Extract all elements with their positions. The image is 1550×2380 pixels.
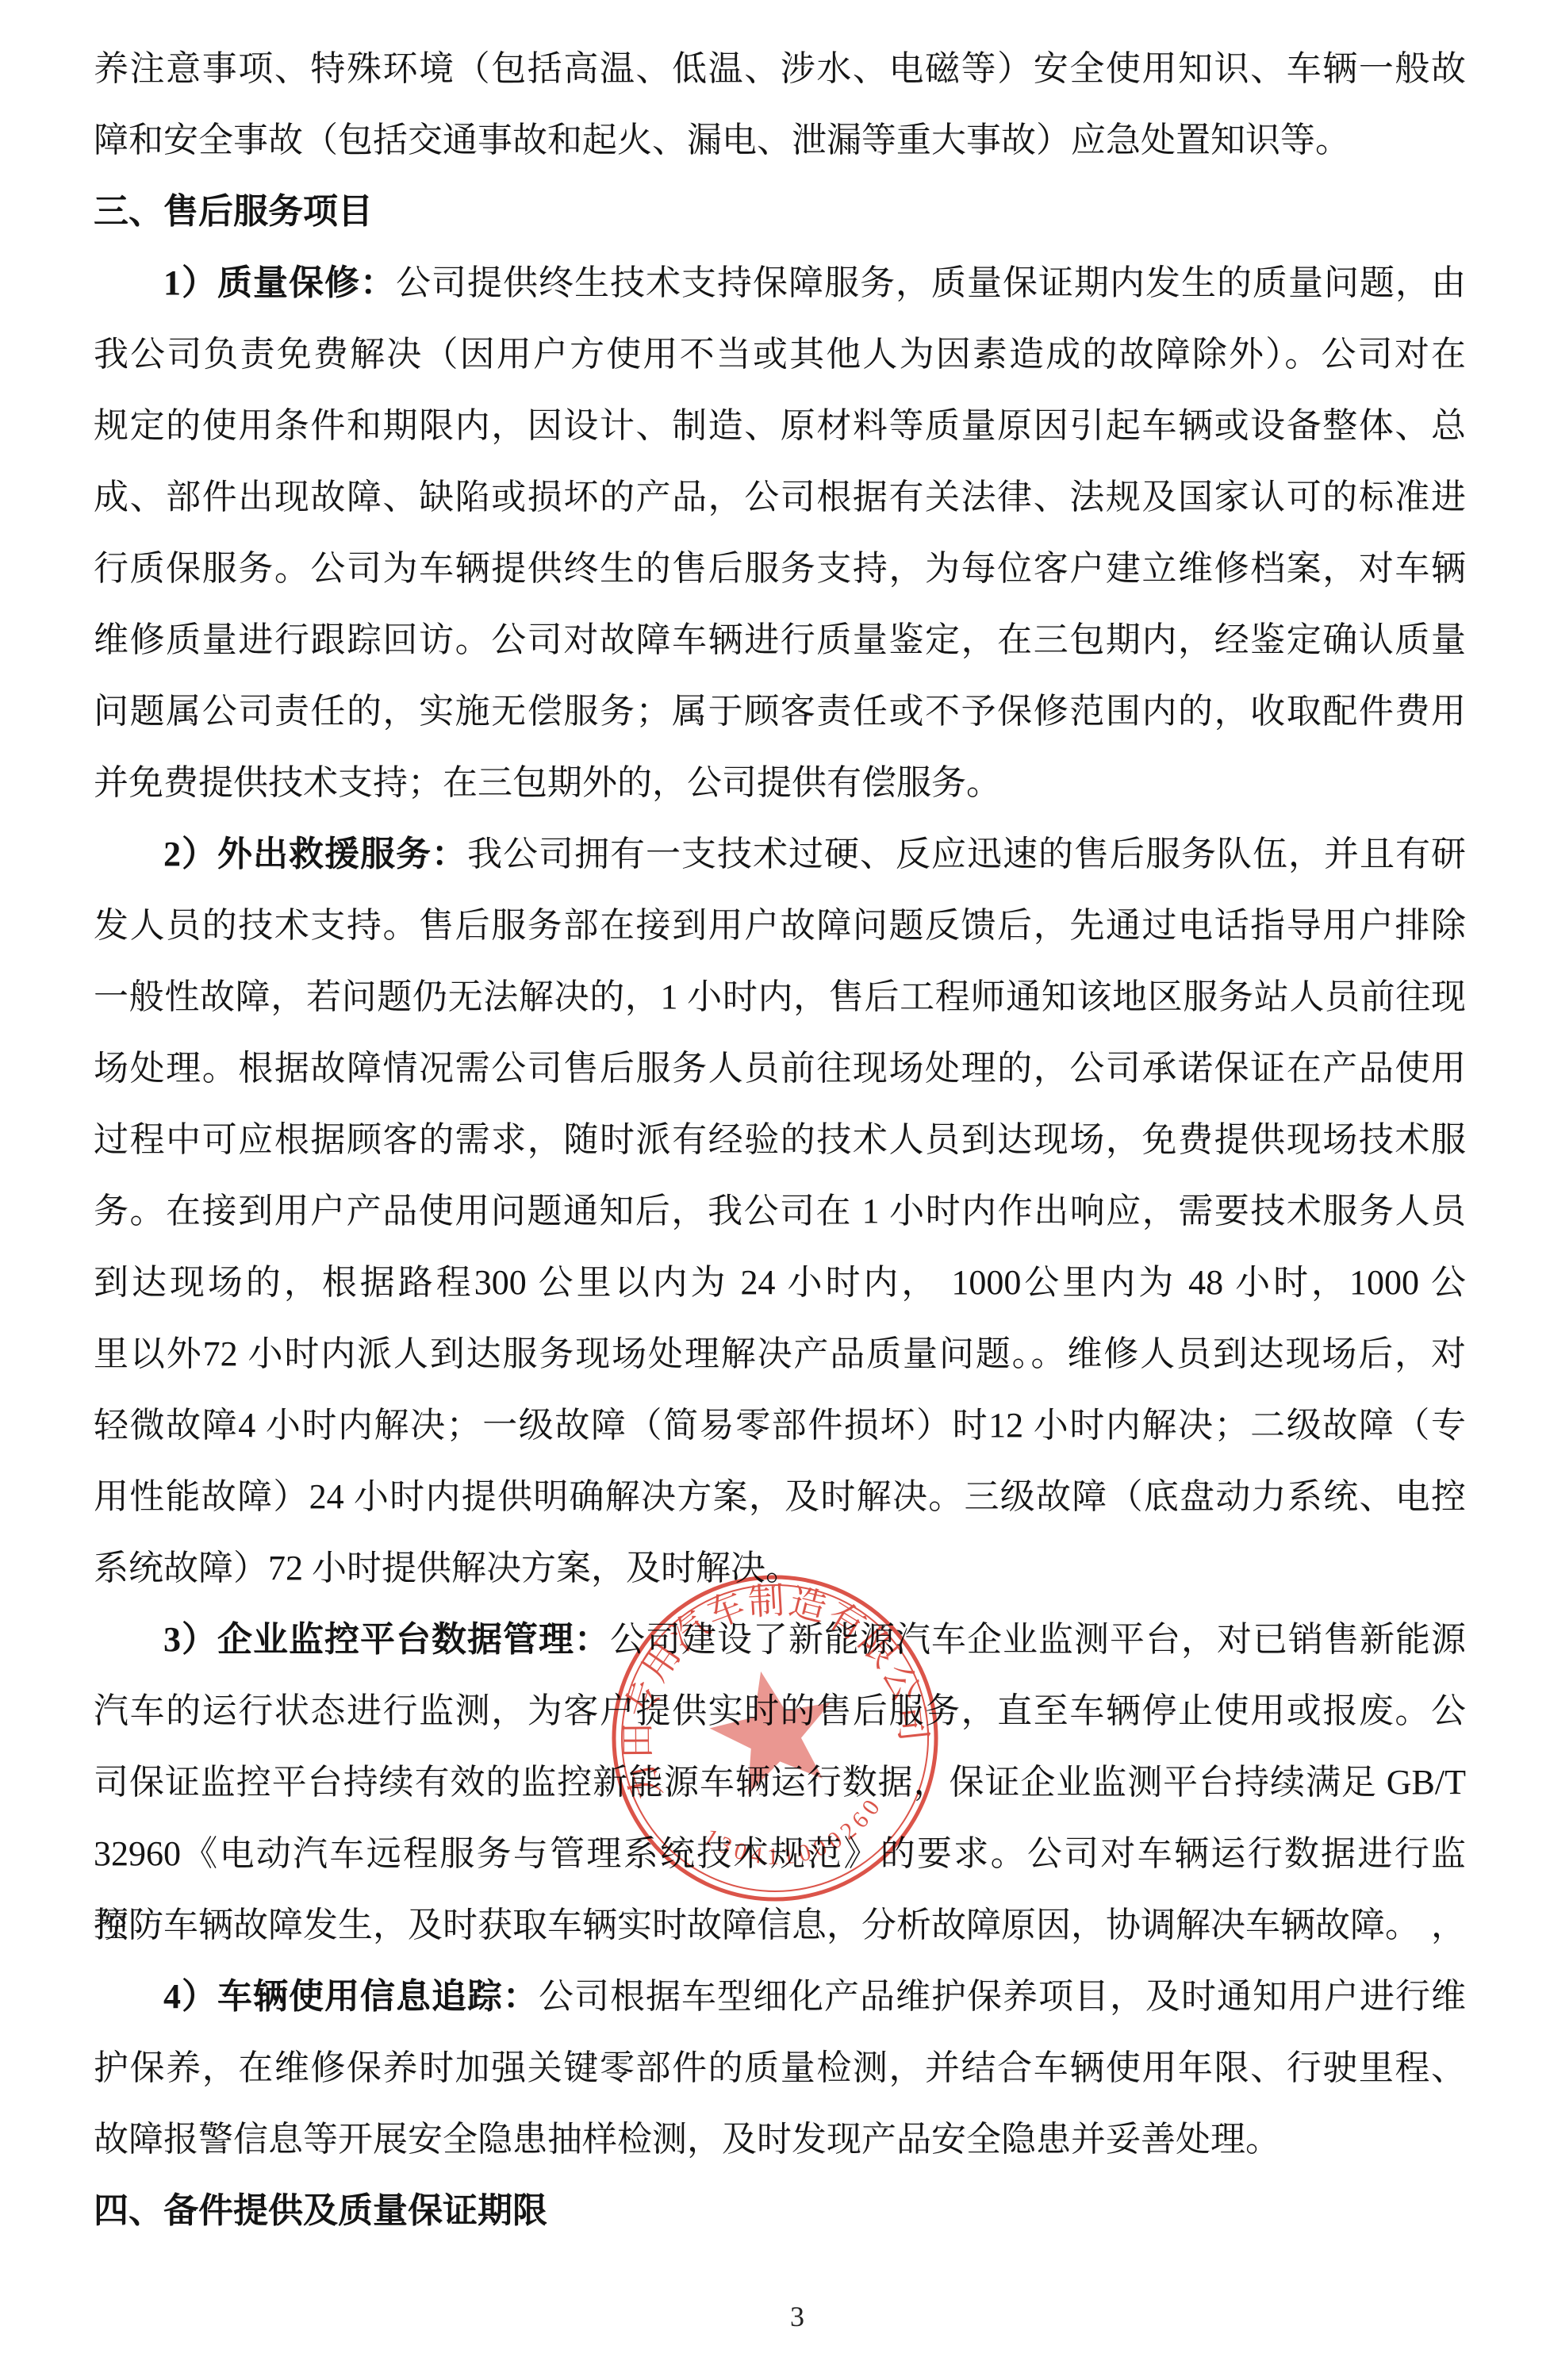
- text-line: 我公司负责免费解决（因用户方使用不当或其他人为因素造成的故障除外）。公司对在: [94, 319, 1466, 390]
- text-line: 发人员的技术支持。售后服务部在接到用户故障问题反馈后，先通过电话指导用户排除: [94, 890, 1466, 962]
- text-line: 护保养，在维修保养时加强关键零部件的质量检测，并结合车辆使用年限、行驶里程、: [94, 2033, 1466, 2104]
- text-line: 系统故障）72 小时提供解决方案，及时解决。: [94, 1533, 1466, 1604]
- section-heading: 四、备件提供及质量保证期限: [94, 2175, 1466, 2247]
- paragraph-lead: 2）外出救援服务：: [163, 835, 467, 873]
- document-page: 养注意事项、特殊环境（包括高温、低温、涉水、电磁等）安全使用知识、车辆一般故障和…: [0, 0, 1550, 2380]
- text-line: 问题属公司责任的，实施无偿服务；属于顾客责任或不予保修范围内的，收取配件费用: [94, 676, 1466, 747]
- section-heading: 三、售后服务项目: [94, 176, 1466, 248]
- text-line: 里以外72 小时内派人到达服务现场处理解决产品质量问题。。维修人员到达现场后，对: [94, 1319, 1466, 1390]
- text-line: 1）质量保修：公司提供终生技术支持保障服务，质量保证期内发生的质量问题，由: [94, 248, 1466, 319]
- text-line: 轻微故障4 小时内解决；一级故障（简易零部件损坏）时12 小时内解决；二级故障（…: [94, 1390, 1466, 1461]
- text-line: 到达现场的，根据路程300 公里以内为 24 小时内， 1000公里内为 48 …: [94, 1247, 1466, 1319]
- text-line: 故障报警信息等开展安全隐患抽样检测，及时发现产品安全隐患并妥善处理。: [94, 2104, 1466, 2175]
- text-line: 维修质量进行跟踪回访。公司对故障车辆进行质量鉴定，在三包期内，经鉴定确认质量: [94, 605, 1466, 676]
- text-line: 障和安全事故（包括交通事故和起火、漏电、泄漏等重大事故）应急处置知识等。: [94, 105, 1466, 176]
- text-line: 养注意事项、特殊环境（包括高温、低温、涉水、电磁等）安全使用知识、车辆一般故: [94, 33, 1466, 105]
- text-line: 用性能故障）24 小时内提供明确解决方案，及时解决。三级故障（底盘动力系统、电控: [94, 1461, 1466, 1533]
- text-line: 司保证监控平台持续有效的监控新能源车辆运行数据，保证企业监测平台持续满足 GB/…: [94, 1747, 1466, 1818]
- paragraph-lead: 4）车辆使用信息追踪：: [163, 1977, 539, 2016]
- text-line: 行质保服务。公司为车辆提供终生的售后服务支持，为每位客户建立维修档案，对车辆: [94, 533, 1466, 605]
- page-number: 3: [0, 2293, 1550, 2340]
- text-line: 3）企业监控平台数据管理：公司建设了新能源汽车企业监测平台，对已销售新能源: [94, 1604, 1466, 1676]
- text-line: 场处理。根据故障情况需公司售后服务人员前往现场处理的，公司承诺保证在产品使用: [94, 1033, 1466, 1104]
- text-line: 并免费提供技术支持；在三包期外的，公司提供有偿服务。: [94, 747, 1466, 819]
- text-line: 2）外出救援服务：我公司拥有一支技术过硬、反应迅速的售后服务队伍，并且有研: [94, 819, 1466, 890]
- text-line: 过程中可应根据顾客的需求，随时派有经验的技术人员到达现场，免费提供现场技术服: [94, 1104, 1466, 1176]
- text-line: 4）车辆使用信息追踪：公司根据车型细化产品维护保养项目，及时通知用户进行维: [94, 1961, 1466, 2033]
- document-body: 养注意事项、特殊环境（包括高温、低温、涉水、电磁等）安全使用知识、车辆一般故障和…: [94, 33, 1466, 2247]
- text-line: 成、部件出现故障、缺陷或损坏的产品，公司根据有关法律、法规及国家认可的标准进: [94, 462, 1466, 533]
- paragraph-lead: 3）企业监控平台数据管理：: [163, 1620, 610, 1659]
- text-line: 务。在接到用户产品使用问题通知后，我公司在 1 小时内作出响应，需要技术服务人员: [94, 1176, 1466, 1247]
- paragraph-lead: 1）质量保修：: [163, 263, 396, 302]
- text-line: 预防车辆故障发生，及时获取车辆实时故障信息，分析故障原因，协调解决车辆故障。: [94, 1890, 1466, 1961]
- text-line: 32960《电动汽车远程服务与管理系统技术规范》的要求。公司对车辆运行数据进行监…: [94, 1818, 1466, 1890]
- text-line: 一般性故障，若问题仍无法解决的，1 小时内，售后工程师通知该地区服务站人员前往现: [94, 962, 1466, 1033]
- text-line: 汽车的运行状态进行监测，为客户提供实时的售后服务，直至车辆停止使用或报废。公: [94, 1676, 1466, 1747]
- text-line: 规定的使用条件和期限内，因设计、制造、原材料等质量原因引起车辆或设备整体、总: [94, 390, 1466, 462]
